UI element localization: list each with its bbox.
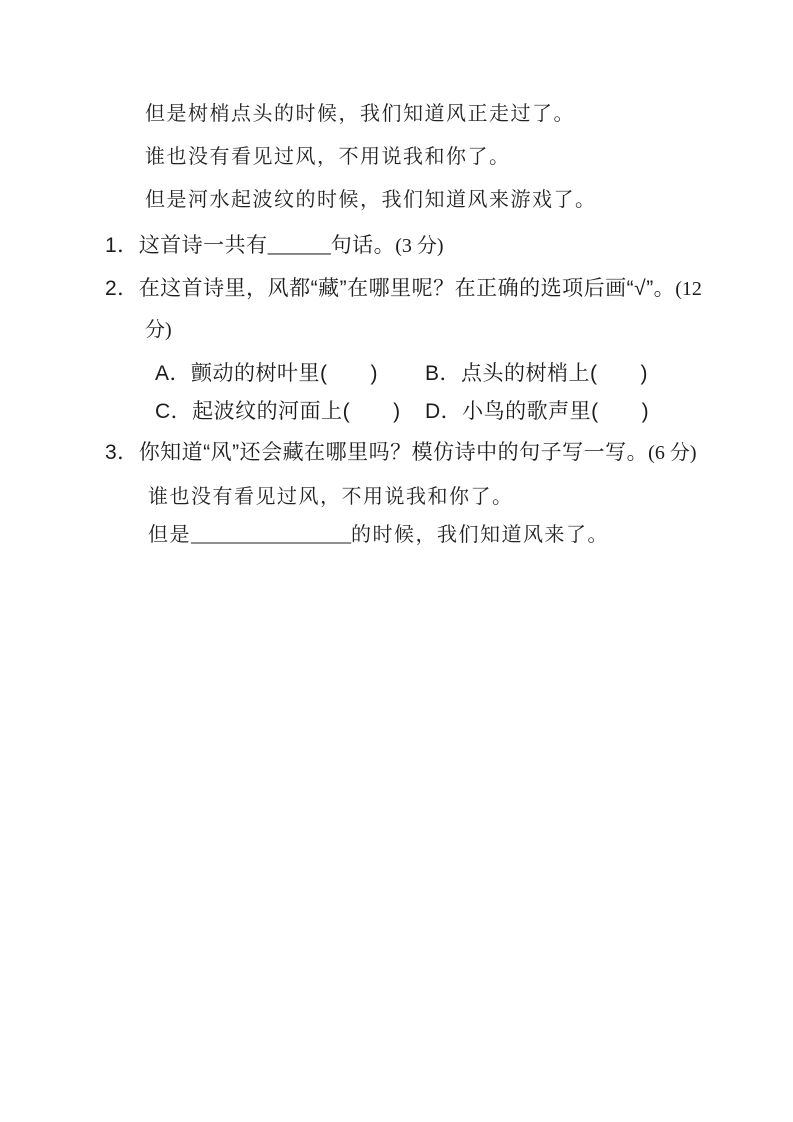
worksheet-page: 但是树梢点头的时候，我们知道风正走过了。 谁也没有看见过风，不用说我和你了。 但… — [0, 0, 793, 1122]
option-d-text: 小鸟的歌声里 — [462, 400, 591, 423]
option-b-text: 点头的树梢上 — [461, 362, 590, 385]
option-c-answer-paren: ( ) — [343, 400, 401, 423]
option-a-answer-paren: ( ) — [320, 362, 378, 385]
poem-line-3: 但是河水起波纹的时候，我们知道风来游戏了。 — [145, 187, 597, 212]
option-c-label: C． — [155, 400, 192, 423]
question-3-text: 你知道“风”还会藏在哪里吗？模仿诗中的句子写一写。 — [139, 441, 648, 464]
option-a-text: 颤动的树叶里 — [191, 362, 320, 385]
question-3-fill-prefix: 但是 — [148, 522, 191, 546]
option-c: C．起波纹的河面上( ) — [155, 395, 401, 425]
question-1: 1．这首诗一共有______句话。(3 分) — [105, 232, 444, 259]
option-a-label: A． — [155, 362, 191, 385]
option-d-answer-paren: ( ) — [591, 400, 649, 423]
question-1-score: (3 分) — [395, 235, 443, 257]
option-d-label: D． — [425, 400, 462, 423]
option-d: D．小鸟的歌声里( ) — [425, 395, 649, 425]
question-2-score-wrapped-text: 分) — [145, 319, 172, 341]
question-3-example-line: 谁也没有看见过风，不用说我和你了。 — [148, 484, 514, 509]
question-1-text-before-blank: 这首诗一共有 — [139, 234, 268, 257]
question-2-score-start: (12 — [675, 278, 702, 300]
question-3-fill-line: 但是________________的时候，我们知道风来了。 — [148, 522, 609, 548]
option-c-text: 起波纹的河面上 — [192, 400, 343, 423]
poem-line-2: 谁也没有看见过风，不用说我和你了。 — [145, 144, 511, 169]
option-b-label: B． — [425, 362, 461, 385]
question-1-number: 1． — [105, 234, 139, 257]
question-3-fill-suffix: 的时候，我们知道风来了。 — [351, 522, 609, 546]
question-2-score-wrapped: 分) — [145, 317, 172, 343]
question-3-score: (6 分) — [648, 442, 696, 464]
question-3: 3．你知道“风”还会藏在哪里吗？模仿诗中的句子写一写。(6 分) — [105, 440, 697, 466]
question-3-fill-blank: ________________ — [191, 524, 351, 546]
question-3-number: 3． — [105, 441, 139, 464]
question-1-text-after-blank: 句话。 — [331, 234, 396, 257]
question-2-number: 2． — [105, 277, 139, 300]
option-b-answer-paren: ( ) — [590, 362, 648, 385]
question-1-blank: ______ — [268, 233, 331, 257]
question-2: 2．在这首诗里，风都“藏”在哪里呢？在正确的选项后画“√”。(12 — [105, 276, 702, 302]
option-a: A．颤动的树叶里( ) — [155, 357, 378, 387]
question-2-text: 在这首诗里，风都“藏”在哪里呢？在正确的选项后画“√”。 — [139, 277, 676, 300]
poem-line-1: 但是树梢点头的时候，我们知道风正走过了。 — [145, 101, 575, 126]
option-b: B．点头的树梢上( ) — [425, 357, 648, 387]
